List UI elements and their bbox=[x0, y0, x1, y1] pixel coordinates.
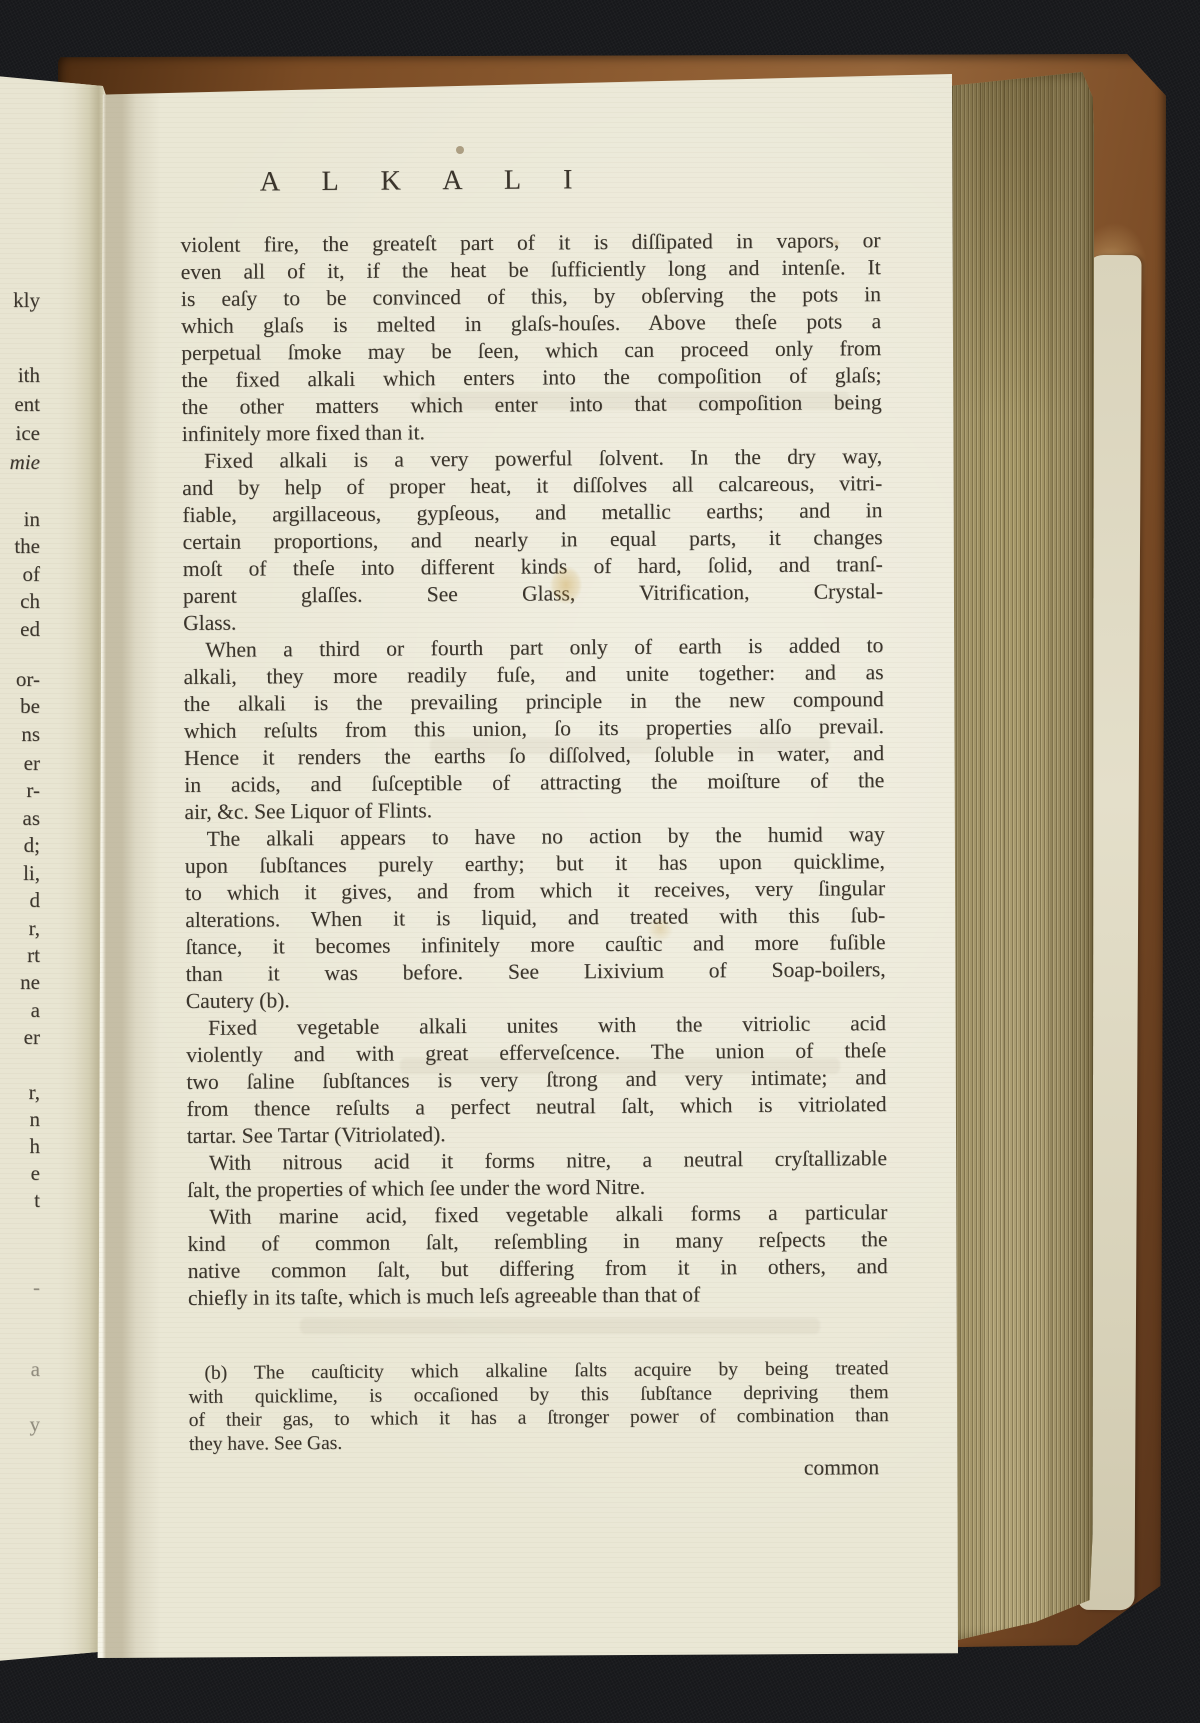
margin-fragment: ice bbox=[16, 421, 40, 445]
catchword: common bbox=[189, 1454, 889, 1486]
margin-fragment: - bbox=[33, 1275, 40, 1299]
margin-fragment: r- bbox=[26, 778, 40, 802]
margin-fragment: r, bbox=[29, 916, 40, 940]
margin-fragment: y bbox=[30, 1412, 41, 1436]
text-line: native common ſalt, but differing from i… bbox=[188, 1253, 888, 1285]
margin-fragment: li, bbox=[23, 861, 40, 885]
margin-fragment: t bbox=[34, 1188, 40, 1212]
page-fore-edge bbox=[948, 72, 1094, 1644]
margin-fragment: er bbox=[24, 1025, 40, 1049]
margin-fragment: or- bbox=[16, 667, 40, 691]
facing-page-sliver: klyithenticemieintheofchedor-benserr-asd… bbox=[0, 70, 106, 1664]
text-line: from thence reſults a perfect neutral ſa… bbox=[186, 1091, 886, 1123]
page-header-title: A L K A L I bbox=[180, 163, 660, 200]
margin-fragment: ne bbox=[20, 970, 40, 994]
text-line: than it was before. See Lixivium of Soap… bbox=[186, 956, 886, 988]
margin-fragment: kly bbox=[13, 288, 40, 312]
margin-fragment: in bbox=[24, 507, 40, 531]
footnote-line: of their gas, to which it has a ſtronger… bbox=[189, 1404, 889, 1432]
margin-fragment: mie bbox=[10, 450, 40, 474]
margin-fragment: ns bbox=[21, 722, 40, 746]
margin-fragment: a bbox=[31, 998, 40, 1022]
photo-stage: klyithenticemieintheofchedor-benserr-asd… bbox=[0, 0, 1200, 1723]
margin-fragments: klyithenticemieintheofchedor-benserr-asd… bbox=[0, 70, 44, 1664]
margin-fragment: d; bbox=[24, 833, 40, 857]
margin-fragment: ed bbox=[20, 617, 40, 641]
margin-fragment: n bbox=[30, 1107, 41, 1131]
margin-fragment: d bbox=[30, 888, 41, 912]
text-line: in acids, and ſuſceptible of attracting … bbox=[184, 767, 884, 799]
margin-fragment: the bbox=[14, 534, 40, 558]
margin-fragment: rt bbox=[27, 943, 40, 967]
margin-fragment: ith bbox=[18, 363, 40, 387]
footnote: (b) The cauſticity which alkaline ſalts … bbox=[188, 1357, 889, 1456]
margin-fragment: ch bbox=[20, 589, 40, 613]
margin-fragment: r, bbox=[29, 1080, 40, 1104]
text-line: parent glaſſes. See Glass, Vitrification… bbox=[183, 578, 883, 610]
margin-fragment: be bbox=[20, 694, 40, 718]
margin-fragment: of bbox=[23, 562, 41, 586]
text-line: With nitrous acid it forms nitre, a neut… bbox=[187, 1145, 887, 1177]
margin-fragment: e bbox=[31, 1161, 40, 1185]
text-line: the other matters which enter into that … bbox=[182, 389, 882, 421]
body-text: violent fire, the greateſt part of it is… bbox=[180, 227, 888, 1312]
footnote-line: they have. See Gas. bbox=[189, 1428, 889, 1456]
margin-fragment: a bbox=[31, 1357, 40, 1381]
text-line: chiefly in its taſte, which is much leſs… bbox=[188, 1280, 888, 1312]
margin-fragment: as bbox=[23, 806, 41, 830]
margin-fragment: h bbox=[30, 1134, 41, 1158]
page-text-block: A L K A L I violent fire, the greateſt p… bbox=[180, 161, 889, 1486]
margin-fragment: er bbox=[24, 751, 40, 775]
margin-fragment: ent bbox=[14, 392, 40, 416]
